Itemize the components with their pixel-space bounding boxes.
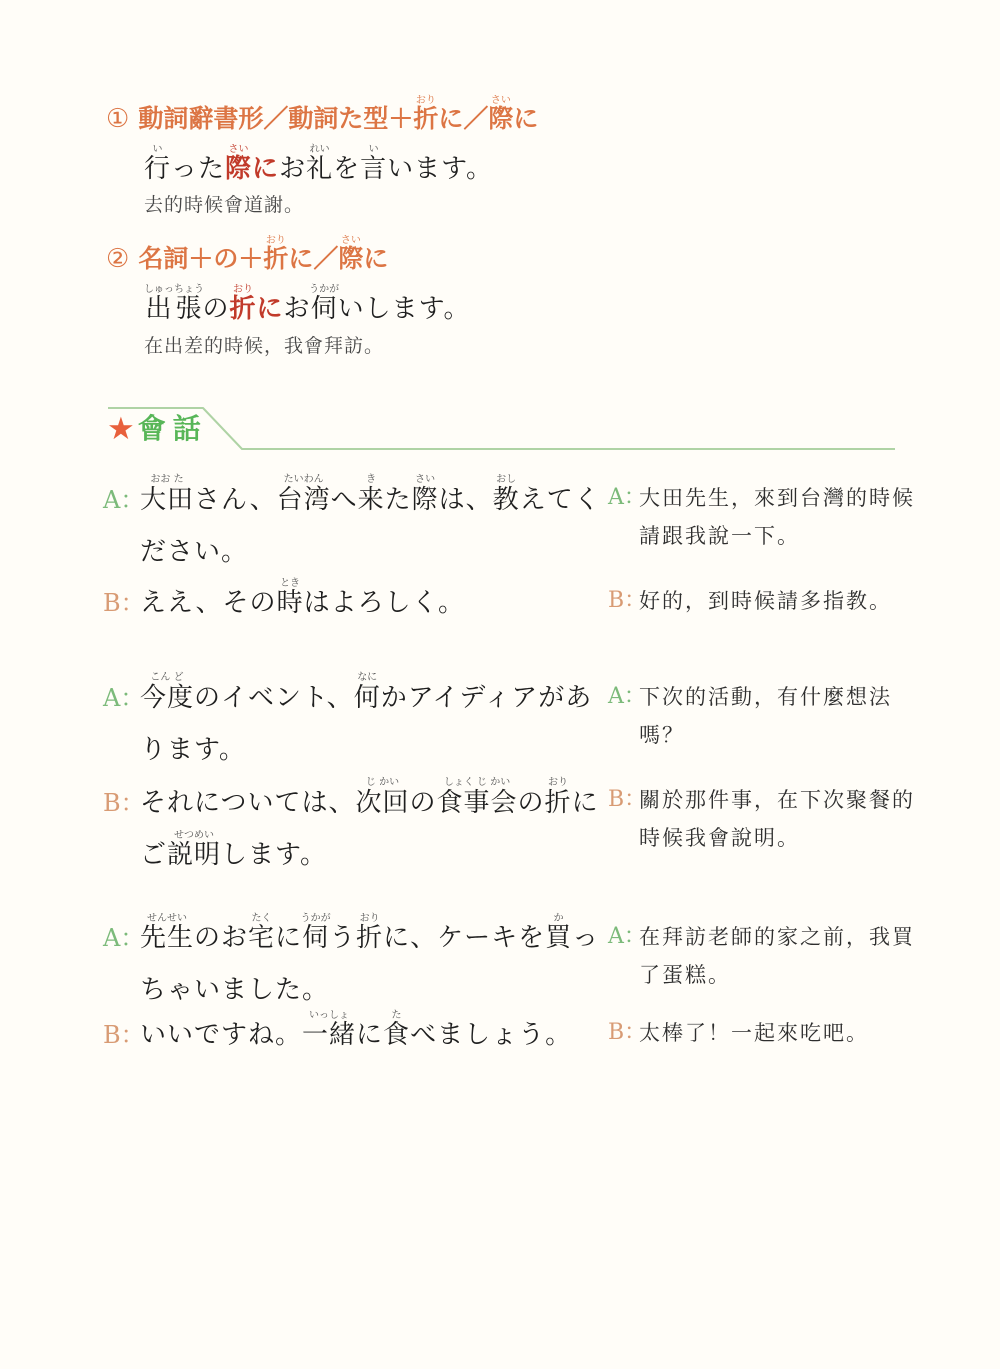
speaker-b-label: B： [608, 1014, 639, 1052]
dialog-1-a-chinese-text: 大田先生，來到台灣的時候請跟我說一下。 [639, 479, 915, 555]
star-icon: ★ [107, 412, 135, 446]
pattern-1-example-sentence: 行いった際さいにお礼れいを言いいます。 [144, 144, 493, 193]
dialog-1-b-chinese-text: 好的，到時候請多指教。 [639, 582, 892, 620]
pattern-1-number: ① [106, 97, 129, 141]
kaiwa-banner-label: ★ 會話 [107, 412, 208, 446]
speaker-a-label: A： [608, 479, 639, 517]
speaker-b-label: B： [608, 582, 639, 620]
pattern-2-translation: 在出差的時候，我會拜訪。 [144, 332, 384, 360]
dialog-1-a-japanese: A： 大田おお たさん、台湾たいわんへ来きた際さいは、教おしえてください。 [103, 474, 601, 578]
banner-outline [105, 405, 900, 455]
speaker-b-label: B： [103, 777, 140, 829]
dialog-3-b-chinese-text: 太棒了！一起來吃吧。 [639, 1014, 869, 1052]
pattern-1-translation: 去的時候會道謝。 [144, 191, 304, 219]
dialog-1-a-japanese-text: 大田おお たさん、台湾たいわんへ来きた際さいは、教おしえてください。 [140, 474, 601, 578]
dialog-2-a-japanese-text: 今度こん どのイベント、何なにかアイディアがあります。 [140, 672, 592, 776]
speaker-a-label: A： [103, 912, 140, 964]
dialog-2-b-japanese: B： それについては、次回じ かいの食事会しょく じ かいの折おりにご説明せつめ… [103, 777, 599, 881]
speaker-b-label: B： [103, 577, 140, 629]
pattern-2-title: 名詞＋の＋折おりに／際さいに [138, 235, 388, 281]
dialog-3-b-japanese: B： いいですね。一緒いっしょに食たべましょう。 [103, 1009, 572, 1061]
pattern-1-title: 動詞辭書形／動詞た型＋折おりに／際さいに [138, 95, 538, 141]
dialog-2-a-chinese-text: 下次的活動，有什麼想法嗎？ [639, 678, 892, 754]
dialog-1-a-chinese: A： 大田先生，來到台灣的時候請跟我說一下。 [608, 479, 915, 555]
speaker-b-label: B： [103, 1009, 140, 1061]
dialog-2-b-chinese: B： 關於那件事，在下次聚餐的時候我會說明。 [608, 781, 915, 857]
dialog-3-b-chinese: B： 太棒了！一起來吃吧。 [608, 1014, 869, 1052]
dialog-1-b-japanese-text: ええ、その時ときはよろしく。 [140, 577, 465, 629]
textbook-page: ① 動詞辭書形／動詞た型＋折おりに／際さいに 行いった際さいにお礼れいを言いいま… [0, 0, 1000, 1369]
pattern-2-example-sentence: 出張しゅっちょうの折おりにお伺うかがいします。 [144, 284, 471, 333]
speaker-a-label: A： [608, 918, 639, 956]
dialog-2-b-japanese-text: それについては、次回じ かいの食事会しょく じ かいの折おりにご説明せつめいしま… [140, 777, 599, 881]
speaker-b-label: B： [608, 781, 639, 819]
dialog-3-a-japanese: A： 先生せんせいのお宅たくに伺うかがう折おりに、ケーキを買かっちゃいました。 [103, 912, 599, 1016]
dialog-2-b-chinese-text: 關於那件事，在下次聚餐的時候我會說明。 [639, 781, 915, 857]
dialog-1-b-japanese: B： ええ、その時ときはよろしく。 [103, 577, 465, 629]
pattern-2-heading: ② 名詞＋の＋折おりに／際さいに [106, 235, 388, 281]
dialog-3-a-chinese: A： 在拜訪老師的家之前，我買了蛋糕。 [608, 918, 915, 994]
pattern-2-number: ② [106, 237, 129, 281]
speaker-a-label: A： [103, 474, 140, 526]
dialog-2-a-chinese: A： 下次的活動，有什麼想法嗎？ [608, 678, 892, 754]
pattern-1-heading: ① 動詞辭書形／動詞た型＋折おりに／際さいに [106, 95, 538, 141]
dialog-2-a-japanese: A： 今度こん どのイベント、何なにかアイディアがあります。 [103, 672, 592, 776]
dialog-3-a-chinese-text: 在拜訪老師的家之前，我買了蛋糕。 [639, 918, 915, 994]
dialog-3-a-japanese-text: 先生せんせいのお宅たくに伺うかがう折おりに、ケーキを買かっちゃいました。 [140, 912, 599, 1016]
dialog-1-b-chinese: B： 好的，到時候請多指教。 [608, 582, 892, 620]
kaiwa-title: 會話 [138, 412, 208, 446]
dialog-3-b-japanese-text: いいですね。一緒いっしょに食たべましょう。 [140, 1009, 572, 1061]
speaker-a-label: A： [103, 672, 140, 724]
kaiwa-banner: ★ 會話 [105, 405, 900, 455]
speaker-a-label: A： [608, 678, 639, 716]
